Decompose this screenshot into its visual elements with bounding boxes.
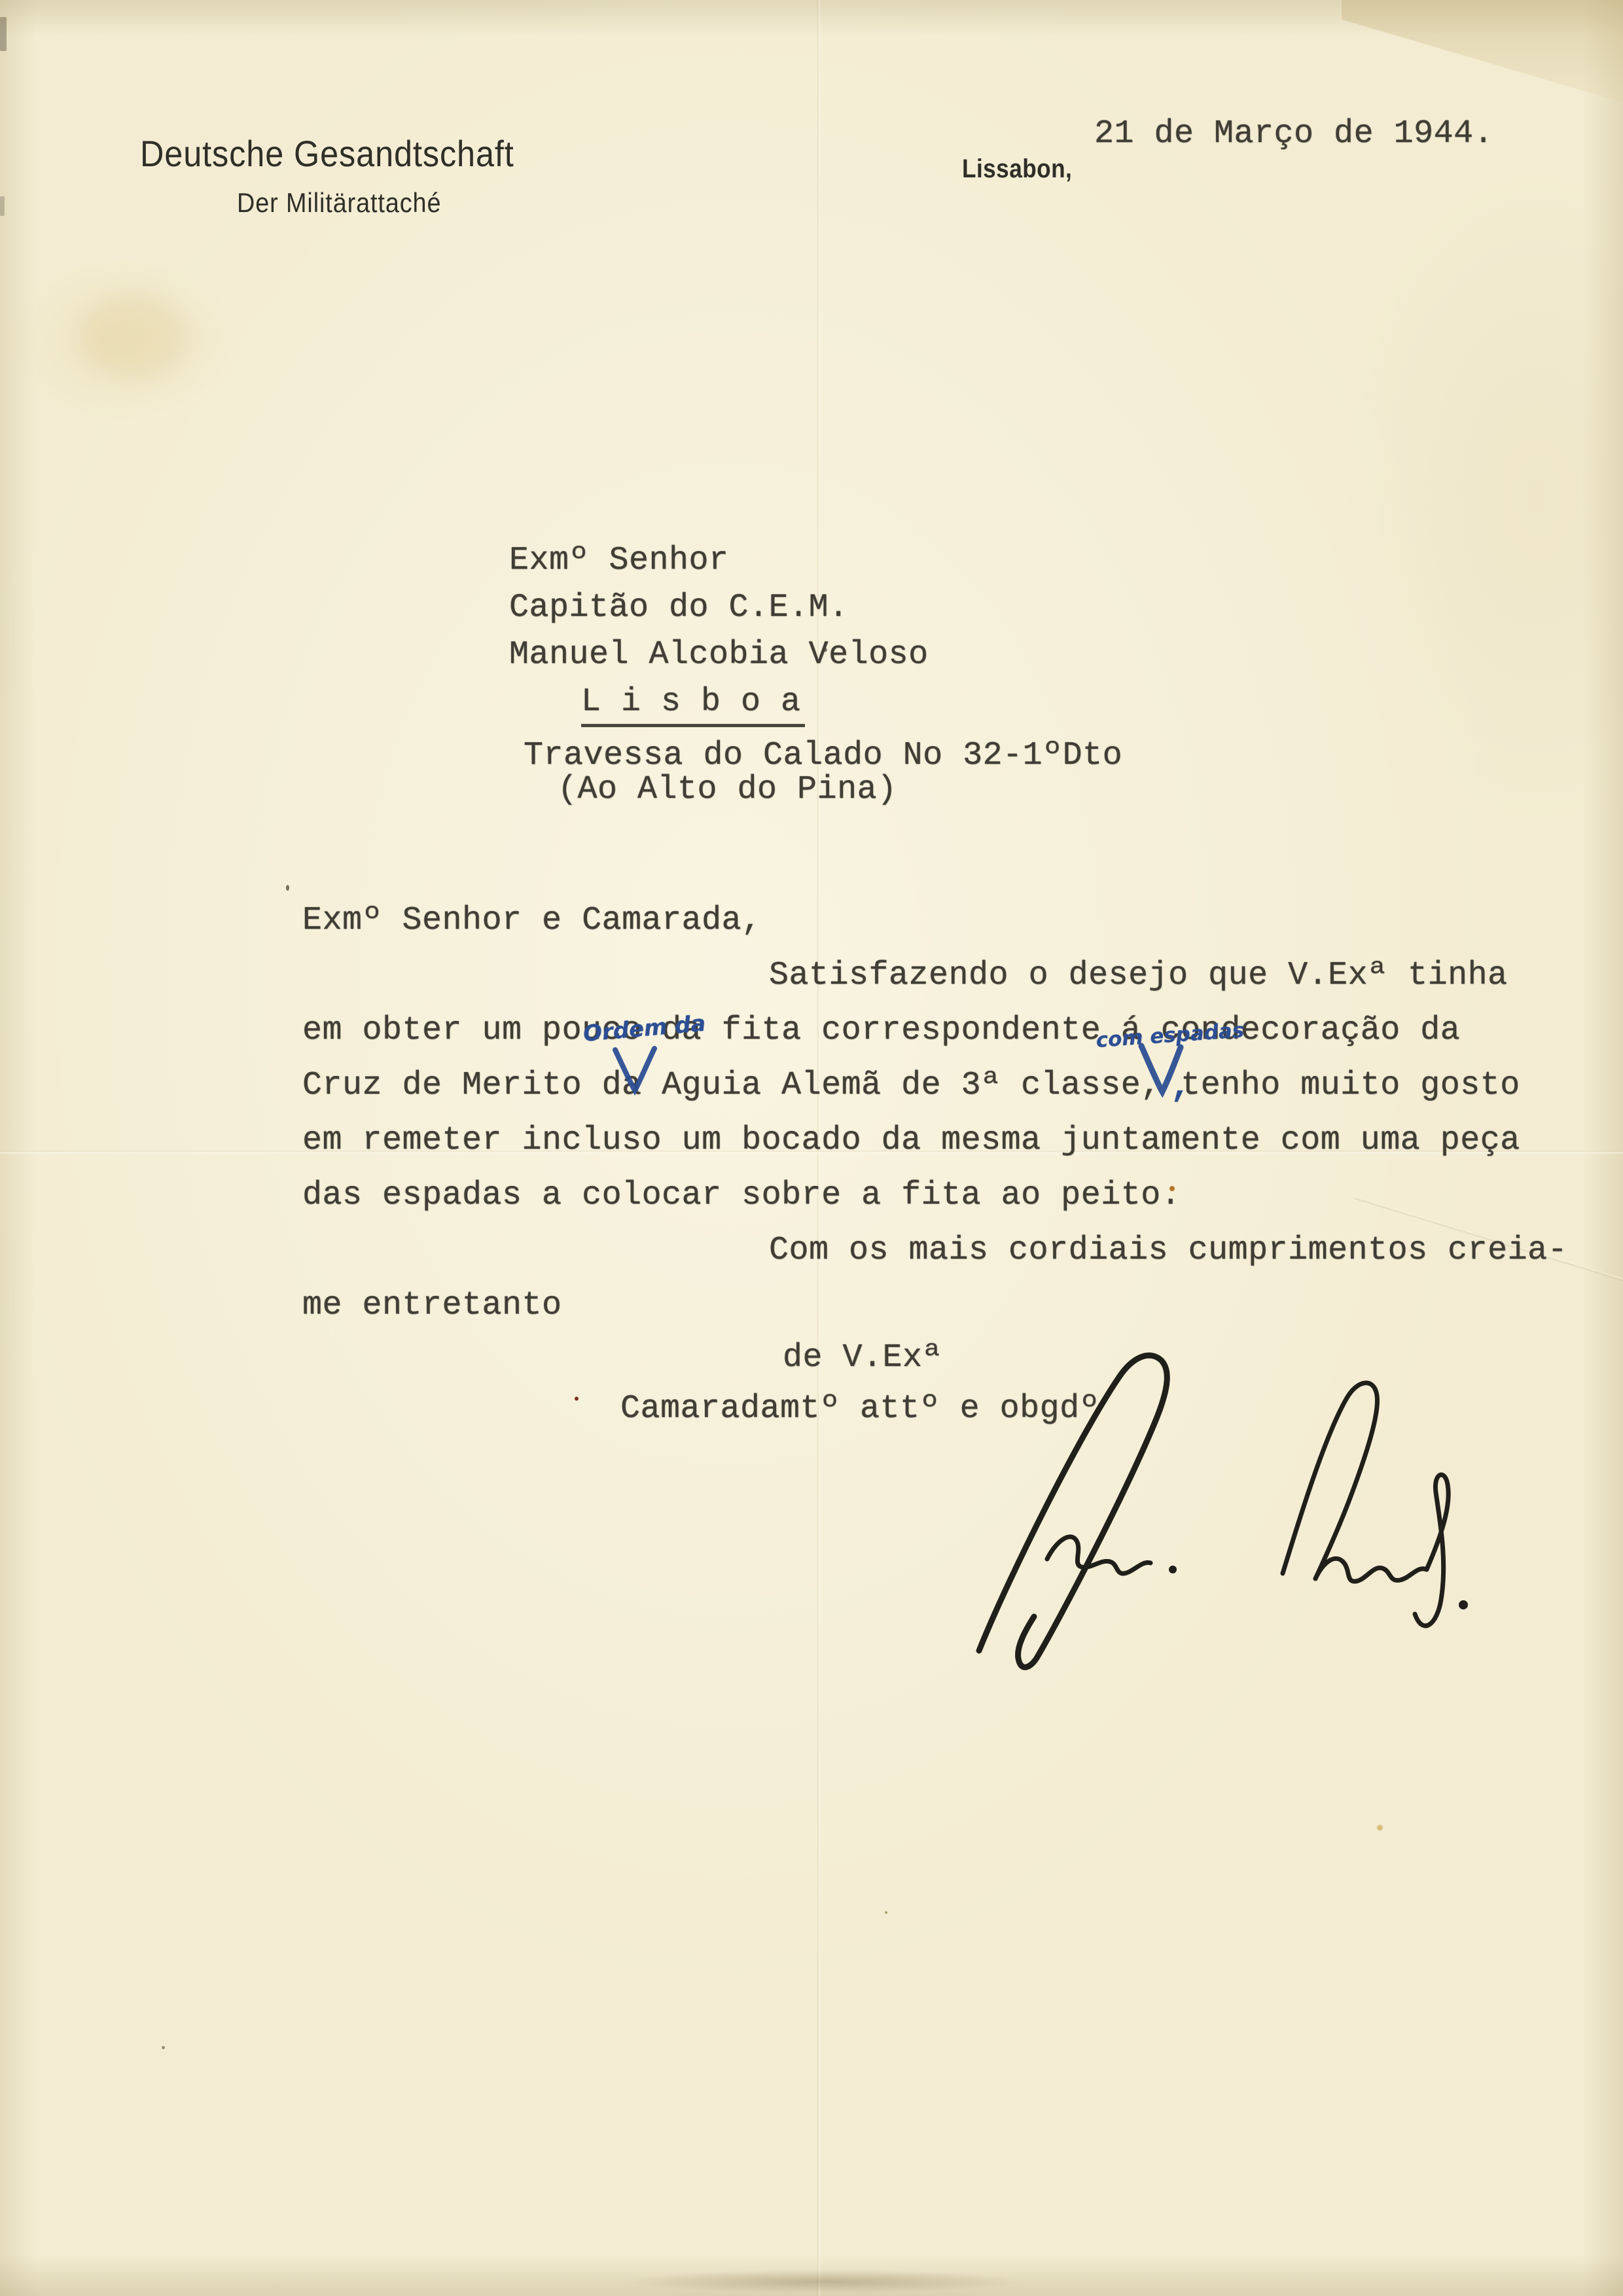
recipient-city-underlined: L i s b o a (581, 683, 805, 727)
recipient-city: L i s b o a (581, 683, 805, 721)
recipient-rank: Capitão do C.E.M. (509, 589, 849, 627)
letterhead-department: Der Militärattaché (237, 187, 441, 219)
edge-nick (0, 196, 5, 216)
recipient-name: Manuel Alcobia Veloso (509, 636, 929, 674)
body-line: em obter um pouco da fita correspondente… (302, 1012, 1460, 1050)
body-line: em remeter incluso um bocado da mesma ju… (302, 1122, 1520, 1160)
edge-nick (0, 17, 7, 51)
recipient-district: (Ao Alto do Pina) (558, 771, 897, 809)
paper-speck (575, 1397, 579, 1401)
bottom-edge-shadow (622, 2270, 1027, 2293)
body-line: Com os mais cordiais cumprimentos creia- (769, 1232, 1567, 1270)
body-line: Cruz de Merito da Aguia Alemã de 3ª clas… (302, 1067, 1520, 1105)
letterhead-place: Lissabon, (962, 154, 1072, 184)
letter-page: Deutsche Gesandtschaft Der Militärattach… (0, 0, 1623, 2296)
paper-speck (286, 885, 289, 891)
insertion-caret-icon (611, 1043, 658, 1097)
paper-speck (1377, 1825, 1383, 1831)
paper-stain (79, 295, 190, 380)
letterhead-organization: Deutsche Gesandtschaft (140, 132, 514, 175)
body-line: me entretanto (302, 1287, 562, 1325)
insertion-caret-icon (1137, 1041, 1185, 1098)
handwritten-signature (916, 1343, 1472, 1690)
body-line: Satisfazendo o desejo que V.Exª tinha (769, 957, 1508, 995)
date-line: 21 de Março de 1944. (1094, 115, 1493, 153)
recipient-street: Travessa do Calado No 32-1ºDto (524, 737, 1122, 775)
recipient-honorific: Exmº Senhor (509, 542, 729, 580)
body-line: das espadas a colocar sobre a fita ao pe… (302, 1177, 1181, 1215)
paper-speck (162, 2046, 165, 2049)
salutation: Exmº Senhor e Camarada, (302, 902, 762, 940)
paper-speck (885, 1911, 887, 1914)
